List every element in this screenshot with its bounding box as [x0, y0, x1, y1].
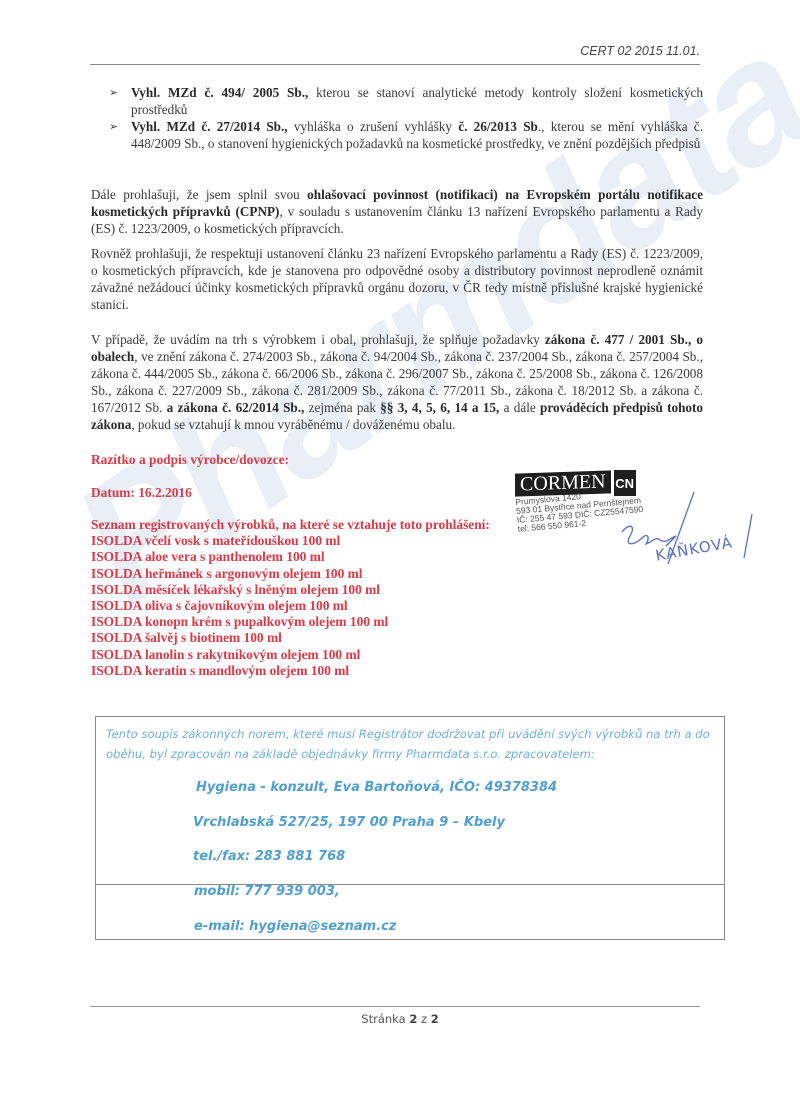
processor-phone: tel./fax: 283 881 768	[193, 849, 345, 864]
processor-mobile: mobil: 777 939 003,	[194, 884, 340, 899]
product-item: ISOLDA oliva s čajovníkovým olejem 100 m…	[91, 598, 703, 614]
info-intro: Tento soupis zákonných norem, které musí…	[96, 717, 724, 764]
product-item: ISOLDA keratin s mandlovým olejem 100 ml	[91, 663, 703, 679]
document-body: ➢ Vyhl. MZd č. 494/ 2005 Sb., kterou se …	[91, 84, 703, 679]
product-item: ISOLDA včelí vosk s mateřídouškou 100 ml	[91, 533, 703, 549]
processor-address: Vrchlabská 527/25, 197 00 Praha 9 – Kbel…	[193, 815, 505, 830]
regulation-ref: č. 26/2013 Sb	[458, 119, 538, 134]
product-list: Seznam registrovaných výrobků, na které …	[91, 517, 703, 679]
regulation-title: Vyhl. MZd č. 27/2014 Sb.,	[131, 119, 288, 134]
footer-divider	[90, 1006, 700, 1007]
product-item: ISOLDA šalvěj s biotinem 100 ml	[91, 630, 703, 646]
regulation-title: Vyhl. MZd č. 494/ 2005 Sb.,	[131, 85, 308, 100]
packaging-paragraph: V případě, že uvádím na trh s výrobkem i…	[91, 331, 703, 433]
regulation-text: vyhláška o zrušení vyhlášky	[288, 119, 459, 134]
product-item: ISOLDA aloe vera s panthenolem 100 ml	[91, 549, 703, 565]
processor-info-box: Tento soupis zákonných norem, které musí…	[95, 716, 725, 885]
processor-company: Hygiena - konzult, Eva Bartoňová, IČO: 4…	[196, 780, 557, 795]
article23-paragraph: Rovněž prohlašuji, že respektuji ustanov…	[91, 245, 703, 313]
company-stamp: CORMEN CN Prumyslova 1420593 01 Bystřice…	[515, 470, 665, 534]
header-divider	[90, 64, 700, 65]
arrow-bullet-icon: ➢	[109, 84, 131, 118]
document-code: CERT 02 2015 11.01.	[580, 44, 700, 58]
page-number: Stránka 2 z 2	[0, 1012, 800, 1026]
signature-stroke	[738, 512, 758, 562]
processor-email[interactable]: e-mail: hygiena@seznam.cz	[194, 919, 396, 934]
regulation-item: ➢ Vyhl. MZd č. 27/2014 Sb., vyhláška o z…	[109, 118, 703, 152]
product-item: ISOLDA heřmánek s argonovým olejem 100 m…	[91, 566, 703, 582]
stamp-signature-label: Razítko a podpis výrobce/dovozce:	[91, 451, 703, 468]
regulation-item: ➢ Vyhl. MZd č. 494/ 2005 Sb., kterou se …	[109, 84, 703, 118]
product-item: ISOLDA lanolin s rakytníkovým olejem 100…	[91, 647, 703, 663]
notification-paragraph: Dále prohlašuji, že jsem splnil svou ohl…	[91, 186, 703, 237]
product-item: ISOLDA konopn krém s pupalkovým olejem 1…	[91, 614, 703, 630]
product-item: ISOLDA měsíček lékařský s lněným olejem …	[91, 582, 703, 598]
arrow-bullet-icon: ➢	[109, 118, 131, 152]
